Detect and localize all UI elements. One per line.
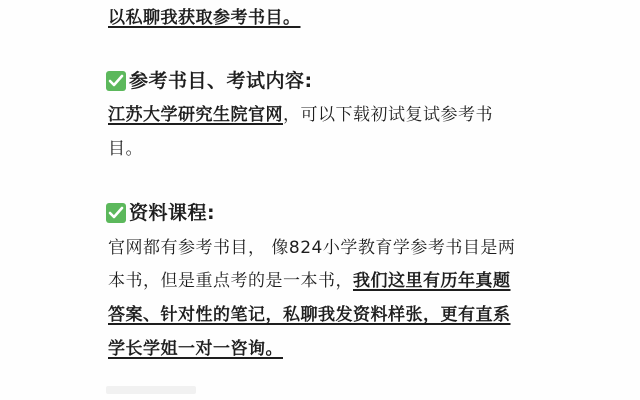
underlined-text: 以私聊我获取参考书目。 bbox=[108, 8, 301, 28]
body-text: 本书，但是重点考的是一本书， bbox=[108, 271, 353, 291]
body-text: 目。 bbox=[108, 139, 143, 159]
section2-line2: 本书，但是重点考的是一本书，我们这里有历年真题 bbox=[108, 269, 511, 293]
section-heading-reference-books: 参考书目、考试内容: bbox=[106, 68, 313, 94]
body-text: 官网都有参考书目， 像824小学教育学参考书目是两 bbox=[108, 238, 515, 258]
section1-line2: 目。 bbox=[108, 137, 143, 161]
check-mark-button-icon bbox=[106, 71, 126, 91]
section-heading-text: 参考书目、考试内容: bbox=[129, 68, 313, 94]
underlined-text: 学长学姐一对一咨询。 bbox=[108, 339, 283, 359]
graduate-school-website-link[interactable]: 江苏大学研究生院官网 bbox=[108, 105, 283, 125]
section-heading-text: 资料课程: bbox=[129, 200, 215, 226]
body-text: ，可以下载初试复试参考书 bbox=[283, 105, 493, 125]
section2-line1: 官网都有参考书目， 像824小学教育学参考书目是两 bbox=[108, 236, 515, 260]
section-heading-materials: 资料课程: bbox=[106, 200, 215, 226]
section2-line3: 答案、针对性的笔记，私聊我发资料样张，更有直系 bbox=[108, 303, 511, 327]
underlined-text: 我们这里有历年真题 bbox=[353, 271, 511, 291]
check-mark-button-icon bbox=[106, 203, 126, 223]
cut-off-text bbox=[106, 386, 196, 394]
section2-line4: 学长学姐一对一咨询。 bbox=[108, 337, 283, 361]
underlined-text: 答案、针对性的笔记，私聊我发资料样张，更有直系 bbox=[108, 305, 511, 325]
top-line: 以私聊我获取参考书目。 bbox=[108, 6, 301, 30]
document-page: 以私聊我获取参考书目。 参考书目、考试内容: 江苏大学研究生院官网，可以下载初试… bbox=[0, 0, 640, 400]
section1-line1: 江苏大学研究生院官网，可以下载初试复试参考书 bbox=[108, 103, 493, 127]
